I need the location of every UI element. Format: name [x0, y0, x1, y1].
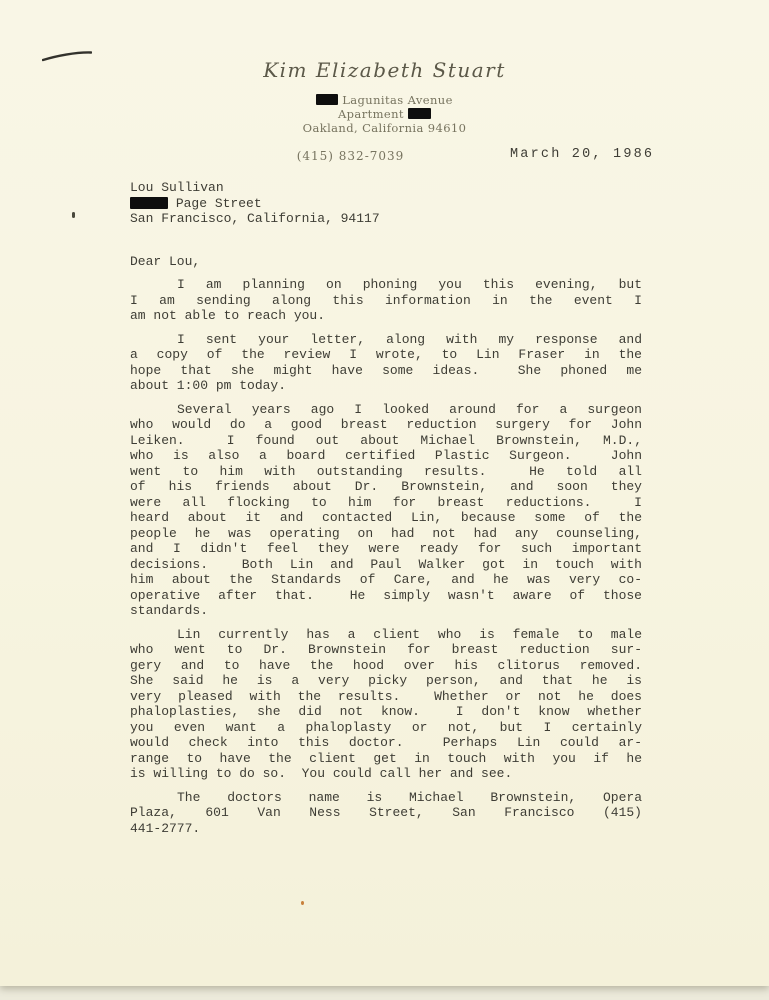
redaction-box	[130, 197, 168, 209]
body-line: people he was operating on had not had a…	[130, 526, 642, 542]
body-line: who went to Dr. Brownstein for breast re…	[130, 642, 642, 658]
letterhead-address-line3: Oakland, California 94610	[0, 121, 769, 135]
body-line: gery and to have the hood over his clito…	[130, 658, 642, 674]
scan-speck	[72, 212, 75, 218]
recipient-street: Page Street	[130, 196, 380, 212]
body-line: of his friends about Dr. Brownstein, and…	[130, 479, 642, 495]
body-line: him about the Standards of Care, and he …	[130, 572, 642, 588]
scan-speck	[301, 901, 304, 905]
paragraph: I am planning on phoning you this evenin…	[130, 277, 642, 324]
body-line: a copy of the review I wrote, to Lin Fra…	[130, 347, 642, 363]
body-line: She said he is a very picky person, and …	[130, 673, 642, 689]
body-line: I am planning on phoning you this evenin…	[130, 277, 642, 293]
redaction-box	[408, 108, 431, 119]
letterhead-apartment: Apartment	[338, 107, 404, 121]
recipient-city: San Francisco, California, 94117	[130, 211, 380, 227]
recipient-name: Lou Sullivan	[130, 180, 380, 196]
body-line: would check into this doctor. Perhaps Li…	[130, 735, 642, 751]
body-line: who would do a good breast reduction sur…	[130, 417, 642, 433]
body-line: heard about it and contacted Lin, becaus…	[130, 510, 642, 526]
paragraph: Several years ago I looked around for a …	[130, 402, 642, 619]
letterhead-address-line1: Lagunitas Avenue	[0, 93, 769, 107]
letter-page: Kim Elizabeth Stuart Lagunitas Avenue Ap…	[0, 0, 769, 986]
letterhead-street: Lagunitas Avenue	[342, 93, 453, 107]
paragraph: I sent your letter, along with my respon…	[130, 332, 642, 394]
body-line: Lin currently has a client who is female…	[130, 627, 642, 643]
body-line: hope that she might have some ideas. She…	[130, 363, 642, 379]
body-line: about 1:00 pm today.	[130, 378, 642, 394]
body-line: very pleased with the results. Whether o…	[130, 689, 642, 705]
paragraph: Lin currently has a client who is female…	[130, 627, 642, 782]
body-line: decisions. Both Lin and Paul Walker got …	[130, 557, 642, 573]
body-line: standards.	[130, 603, 642, 619]
body-line: went to him with outstanding results. He…	[130, 464, 642, 480]
body-line: Several years ago I looked around for a …	[130, 402, 642, 418]
salutation: Dear Lou,	[130, 254, 200, 270]
body-line: phaloplasties, she did not know. I don't…	[130, 704, 642, 720]
body-line: 441-2777.	[130, 821, 642, 837]
body-line: I sent your letter, along with my respon…	[130, 332, 642, 348]
body-line: were all flocking to him for breast redu…	[130, 495, 642, 511]
letterhead-address-line2: Apartment	[0, 107, 769, 121]
body-line: The doctors name is Michael Brownstein, …	[130, 790, 642, 806]
body-line: operative after that. He simply wasn't a…	[130, 588, 642, 604]
body-line: and I didn't feel they were ready for su…	[130, 541, 642, 557]
recipient-street-text: Page Street	[176, 196, 262, 211]
letter-date: March 20, 1986	[510, 147, 654, 163]
recipient-block: Lou Sullivan Page Street San Francisco, …	[130, 180, 380, 227]
paragraph: The doctors name is Michael Brownstein, …	[130, 790, 642, 837]
body-line: you even want a phaloplasty or not, but …	[130, 720, 642, 736]
body-line: Leiken. I found out about Michael Browns…	[130, 433, 642, 449]
letterhead-name: Kim Elizabeth Stuart	[0, 58, 769, 82]
body-line: who is also a board certified Plastic Su…	[130, 448, 642, 464]
body-line: range to have the client get in touch wi…	[130, 751, 642, 767]
body-line: Plaza, 601 Van Ness Street, San Francisc…	[130, 805, 642, 821]
body-line: am not able to reach you.	[130, 308, 642, 324]
body-line: is willing to do so. You could call her …	[130, 766, 642, 782]
letter-body: I am planning on phoning you this evenin…	[130, 277, 642, 844]
redaction-box	[316, 94, 338, 105]
body-line: I am sending along this information in t…	[130, 293, 642, 309]
